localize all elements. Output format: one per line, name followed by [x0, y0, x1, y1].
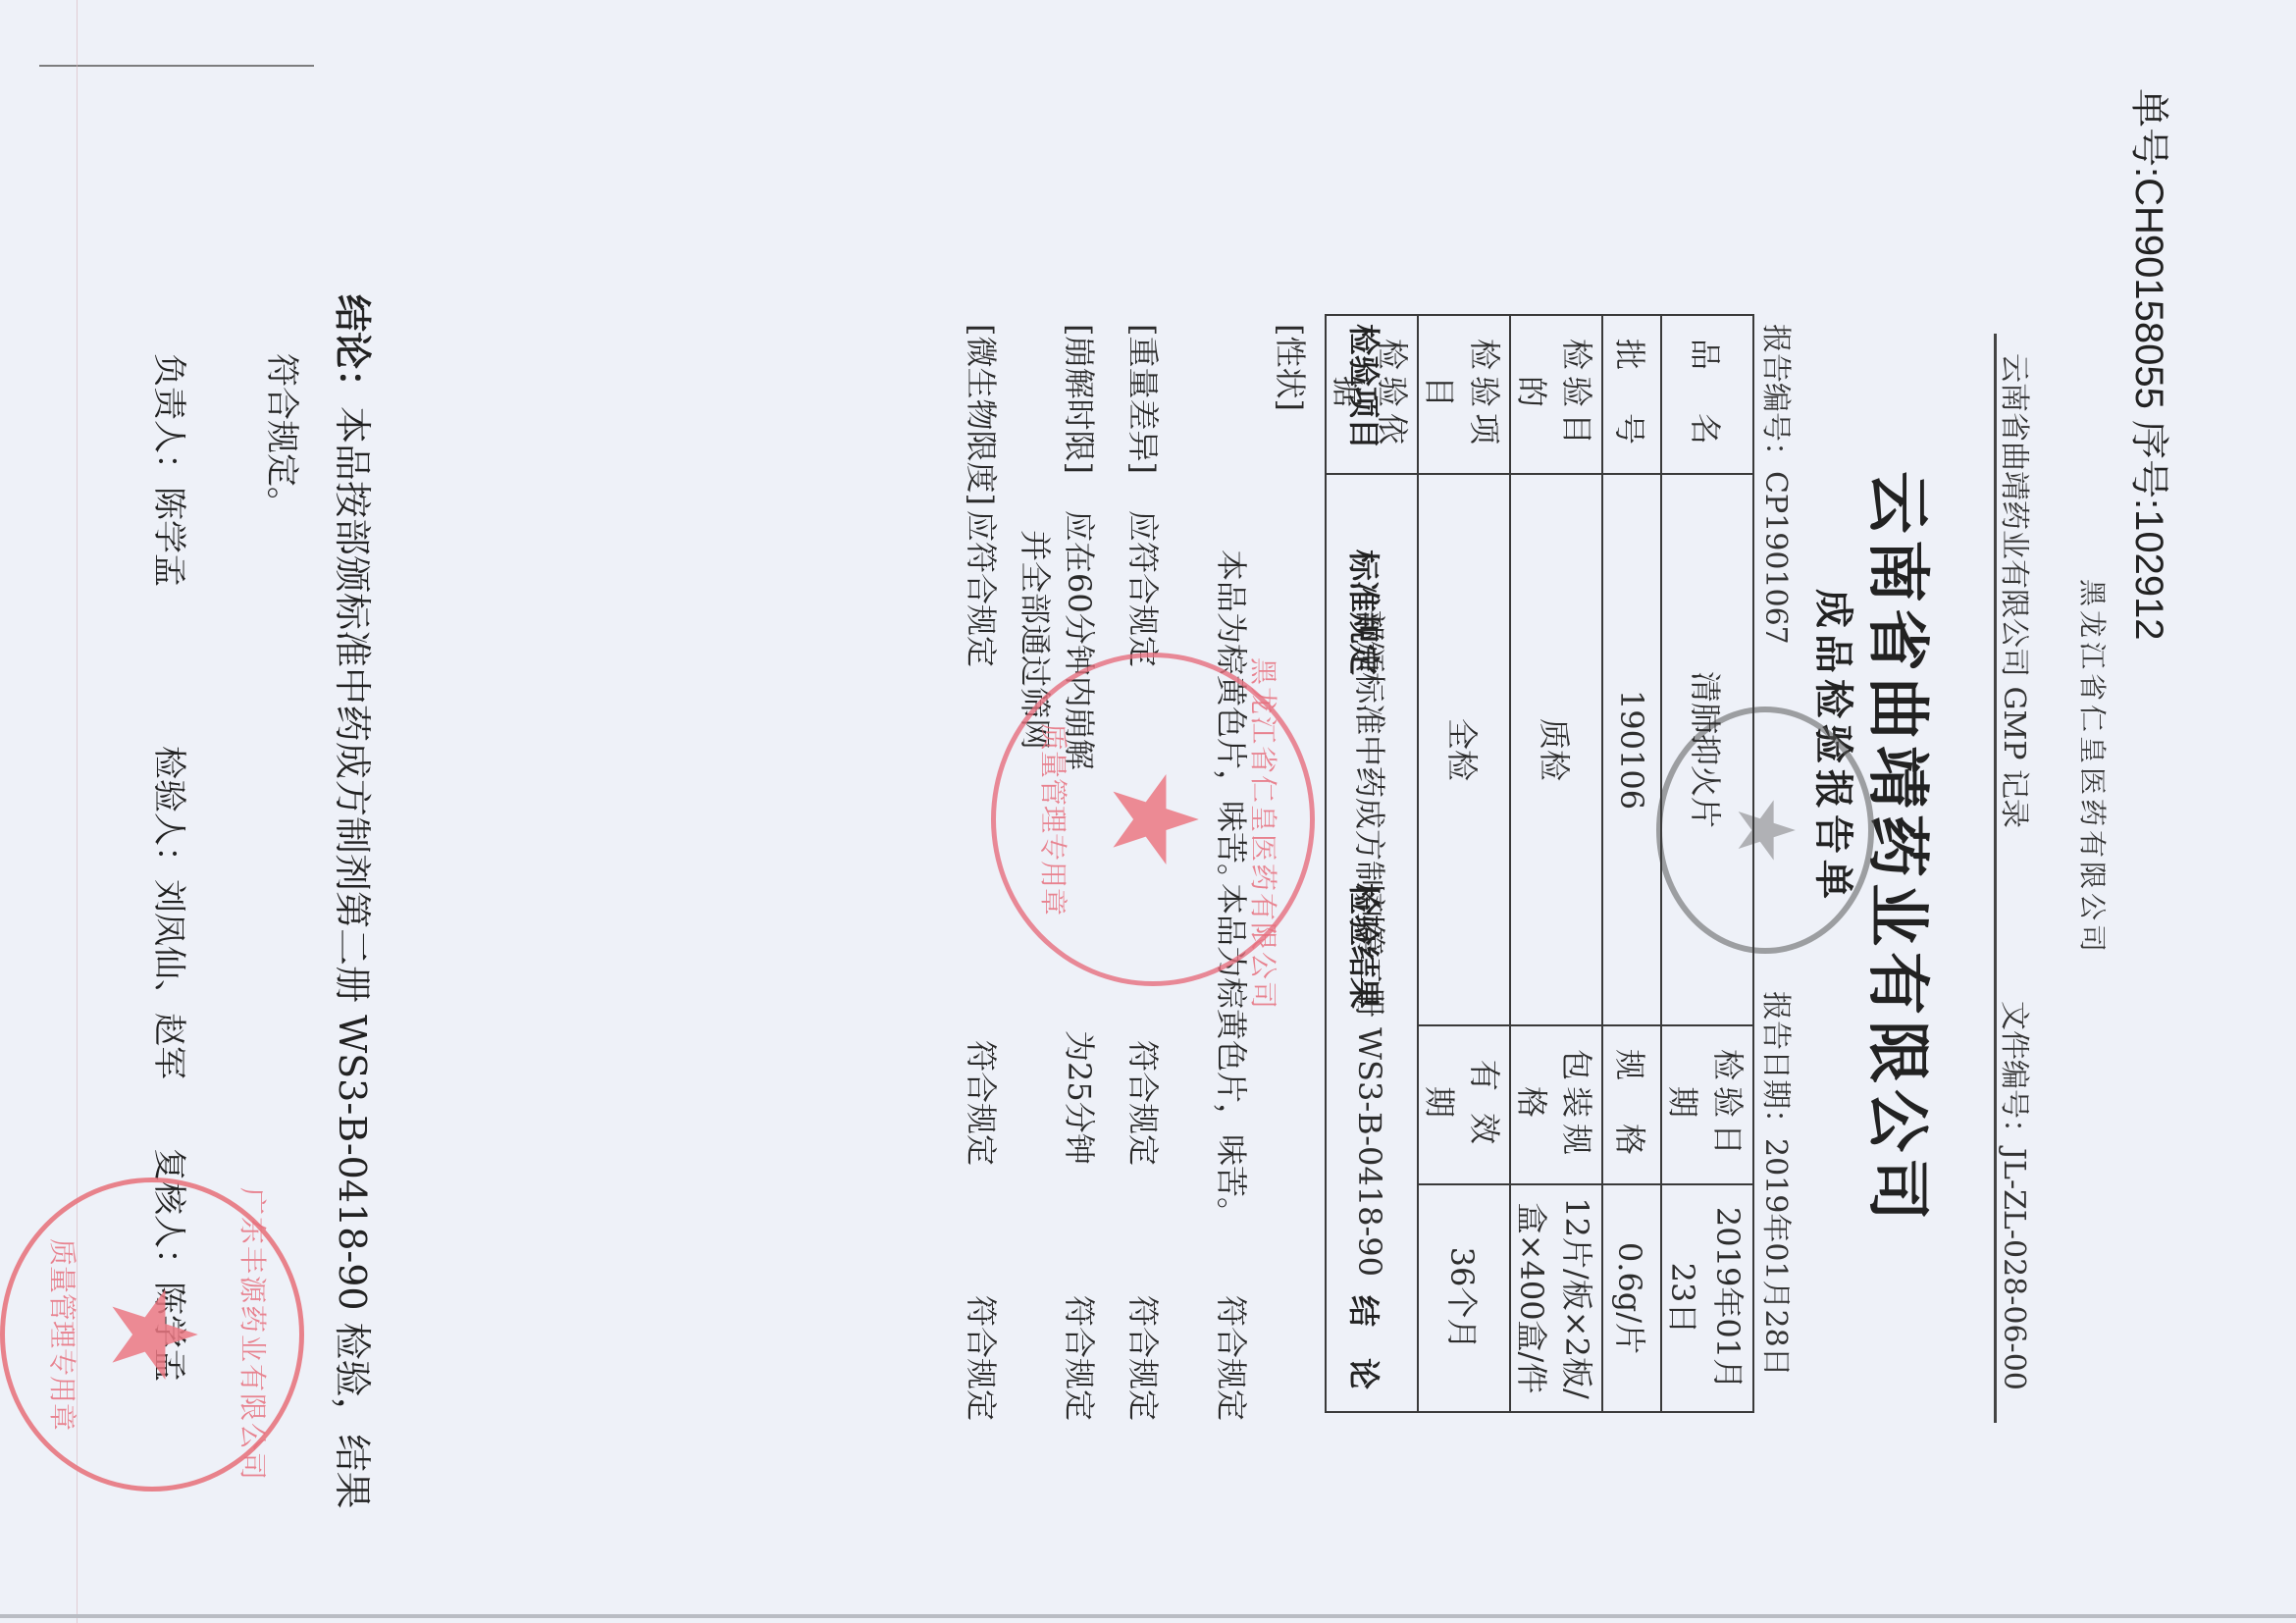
table-label: 检验目的: [1510, 315, 1602, 474]
table-label: 包装规格: [1510, 1025, 1602, 1184]
result-conclusion: 符合规定: [1122, 1295, 1168, 1421]
file-number: 文件编号：JL-ZL-028-06-00: [1996, 1001, 2039, 1390]
order-number: 单号:CH90158055 序号:102912: [2124, 88, 2180, 641]
table-value: 质检: [1510, 474, 1602, 1025]
table-row: 检验项目 全检 有 效 期 36个月: [1418, 315, 1510, 1412]
table-row: 检验目的 质检 包装规格 12片/板×2板/盒×400盒/件: [1510, 315, 1602, 1412]
result-value: 符合规定: [961, 1040, 1006, 1166]
result-value: 为25分钟: [1059, 1030, 1104, 1165]
red-company-stamp: 广东丰源药业有限公司 ★ 质量管理专用章: [0, 1178, 304, 1492]
results-header-item: 检验项目: [1343, 324, 1388, 449]
results-header-conclusion: 结 论: [1343, 1295, 1388, 1389]
report-number: 报告编号：CP1901067: [1757, 324, 1800, 645]
conclusion-label: 结论：: [331, 294, 375, 406]
header-divider: [1994, 334, 1997, 1423]
result-value: 符合规定: [1122, 1040, 1168, 1166]
star-icon: ★: [1094, 766, 1212, 872]
table-label: 检验项目: [1418, 315, 1510, 474]
receiving-company: 黑龙江省仁皇医药有限公司: [2074, 579, 2113, 956]
table-label: 批 号: [1602, 315, 1661, 474]
result-item: [重量差异]: [1122, 324, 1168, 474]
star-icon: ★: [93, 1282, 211, 1387]
red-quality-stamp: 黑龙江省仁皇医药有限公司 ★ 质量管理专用章: [991, 653, 1315, 986]
table-value: 36个月: [1418, 1184, 1510, 1412]
table-label: 检验日期: [1661, 1025, 1753, 1184]
results-header-result: 检验结果: [1343, 883, 1388, 1009]
table-label: 有 效 期: [1418, 1025, 1510, 1184]
table-row: 检验依据 部颁标准中药成方制剂第二册 WS3-B-0418-90: [1326, 315, 1418, 1412]
result-conclusion: 符合规定: [961, 1295, 1006, 1421]
conclusion-text: 结论：本品按部颁标准中药成方制剂第二册 WS3-B-0418-90 检验，结果: [329, 294, 383, 1509]
stamp-subtext: 质量管理专用章: [44, 1182, 83, 1487]
result-item: [微生物限度]: [961, 324, 1006, 505]
result-item: [性状]: [1270, 324, 1315, 411]
table-value: 清肺抑火片: [1661, 474, 1753, 1025]
table-label: 品 名: [1661, 315, 1753, 474]
signature-inspector: 检验人：刘凤仙、赵军: [148, 746, 196, 1079]
table-value: 190106: [1602, 474, 1661, 1025]
stamp-text: 广东丰源药业有限公司: [235, 1182, 274, 1487]
result-item: [崩解时限]: [1059, 324, 1104, 474]
conclusion-text-continued: 符合规定。: [261, 353, 309, 520]
result-standard: 应符合规定: [961, 510, 1006, 667]
signature-responsible: 负责人：陈学孟: [148, 353, 196, 587]
product-info-table: 品 名 清肺抑火片 检验日期 2019年01月23日 批 号 190106 规 …: [1325, 314, 1754, 1413]
result-conclusion: 符合规定: [1211, 1295, 1256, 1421]
report-date: 报告日期：2019年01月28日: [1757, 991, 1800, 1377]
stamp-subtext: 质量管理专用章: [1035, 657, 1074, 981]
conclusion-body: 本品按部颁标准中药成方制剂第二册 WS3-B-0418-90 检验，结果: [331, 406, 374, 1509]
table-row: 品 名 清肺抑火片 检验日期 2019年01月23日: [1661, 315, 1753, 1412]
inspection-report-page: 单号:CH90158055 序号:102912 黑龙江省仁皇医药有限公司 云南省…: [0, 0, 2296, 1623]
table-label: 规 格: [1602, 1025, 1661, 1184]
table-value: 12片/板×2板/盒×400盒/件: [1510, 1184, 1602, 1412]
result-conclusion: 符合规定: [1059, 1295, 1104, 1421]
result-standard: 应符合规定: [1122, 510, 1168, 667]
results-header-standard: 标准规定: [1343, 550, 1388, 675]
table-value: 全检: [1418, 474, 1510, 1025]
stamp-text: 黑龙江省仁皇医药有限公司: [1245, 657, 1284, 981]
table-value: 0.6g/片: [1602, 1184, 1661, 1412]
gmp-record-label: 云南省曲靖药业有限公司 GMP 记录: [1996, 353, 2039, 828]
table-value: 2019年01月23日: [1661, 1184, 1753, 1412]
table-row: 批 号 190106 规 格 0.6g/片: [1602, 315, 1661, 1412]
